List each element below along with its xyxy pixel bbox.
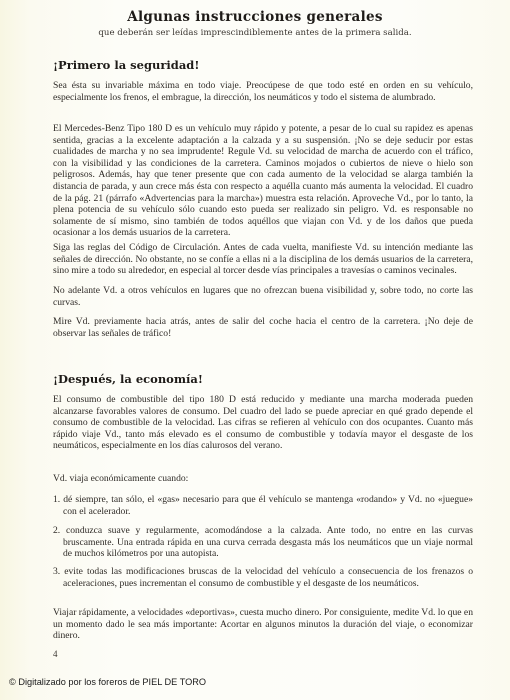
list-item: 2. conduzca suave y regularmente, acomod… <box>53 525 473 560</box>
closing-paragraph: Viajar rápidamente, a velocidades «depor… <box>53 607 473 642</box>
paragraph: Siga las reglas del Código de Circulació… <box>53 242 473 277</box>
paragraph: Vd. viaja económicamente cuando: <box>53 473 473 485</box>
page-number: 4 <box>53 649 58 659</box>
section-heading-safety: ¡Primero la seguridad! <box>53 58 199 72</box>
list-item: 3. evite todas las modificaciones brusca… <box>53 566 473 589</box>
page-title: Algunas instrucciones generales <box>0 9 510 25</box>
paragraph: El Mercedes-Benz Tipo 180 D es un vehícu… <box>53 123 473 239</box>
paragraph: Sea ésta su invariable máxima en todo vi… <box>53 80 473 103</box>
credit-line: © Digitalizado por los foreros de PIEL D… <box>9 677 206 687</box>
document-page: Algunas instrucciones generales que debe… <box>0 0 510 700</box>
section-heading-economy: ¡Después, la economía! <box>53 372 203 386</box>
list-item: 1. dé siempre, tan sólo, el «gas» necesa… <box>53 494 473 517</box>
paragraph: El consumo de combustible del tipo 180 D… <box>53 394 473 452</box>
page-subtitle: que deberán ser leídas imprescindiblemen… <box>0 28 510 38</box>
paragraph: Mire Vd. previamente hacia atrás, antes … <box>53 316 473 339</box>
paragraph: No adelante Vd. a otros vehículos en lug… <box>53 285 473 308</box>
